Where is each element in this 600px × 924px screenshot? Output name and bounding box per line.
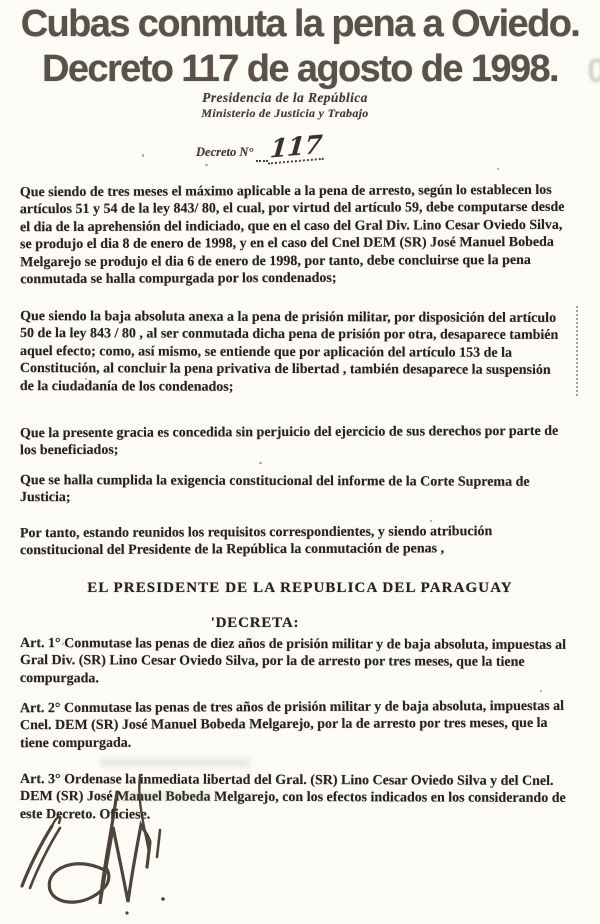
letterhead-ministry: Ministerio de Justicia y Trabajo (0, 106, 570, 121)
considerando-paragraph-5: Por tanto, estando reunidos los requisit… (20, 523, 568, 560)
decree-number-handwritten: 117 (268, 131, 326, 164)
headline: Cubas conmuta la pena a Oviedo. Decreto … (0, 2, 600, 92)
scan-speck (205, 164, 208, 166)
dotted-leader (256, 146, 268, 162)
scan-speck (85, 378, 87, 380)
letterhead-presidency: Presidencia de la República (0, 90, 570, 106)
headline-line-2: Decreto 117 de agosto de 1998. (0, 47, 600, 92)
letterhead: Presidencia de la República Ministerio d… (0, 90, 570, 121)
scan-bleed-artifact (120, 792, 210, 800)
scan-speck (430, 520, 432, 522)
scan-speck (142, 154, 144, 157)
article-2: Art. 2° Conmutase las penas de tres años… (20, 698, 568, 753)
scan-speck (540, 690, 542, 692)
decreta-heading: 'DECRETA: (0, 615, 510, 632)
considerando-paragraph-1: Que siendo de tres meses el máximo aplic… (20, 182, 568, 289)
scan-dotted-line-artifact (576, 306, 578, 396)
considerando-paragraph-4: Que se halla cumplida la exigencia const… (20, 472, 568, 509)
scanned-decree-page: Cubas conmuta la pena a Oviedo. Decreto … (0, 0, 600, 924)
handwritten-signature (0, 750, 220, 924)
authority-heading: EL PRESIDENTE DE LA REPUBLICA DEL PARAGU… (0, 580, 600, 597)
scan-speck (497, 168, 499, 170)
scan-speck (62, 643, 64, 645)
scan-bleed-artifact (100, 758, 250, 767)
considerando-paragraph-3: Que la presente gracia es concedida sin … (20, 423, 568, 460)
considerando-paragraph-2: Que siendo la baja absoluta anexa a la p… (20, 308, 568, 397)
headline-line-1: Cubas conmuta la pena a Oviedo. (0, 2, 600, 47)
scan-speck (259, 462, 262, 464)
scan-ghost-digit: 0 (587, 52, 600, 91)
decree-number-line: Decreto N° 117 (196, 132, 326, 162)
article-1: Art. 1° Conmutase las penas de diez años… (20, 635, 568, 689)
decree-number-label: Decreto N° (196, 145, 253, 162)
